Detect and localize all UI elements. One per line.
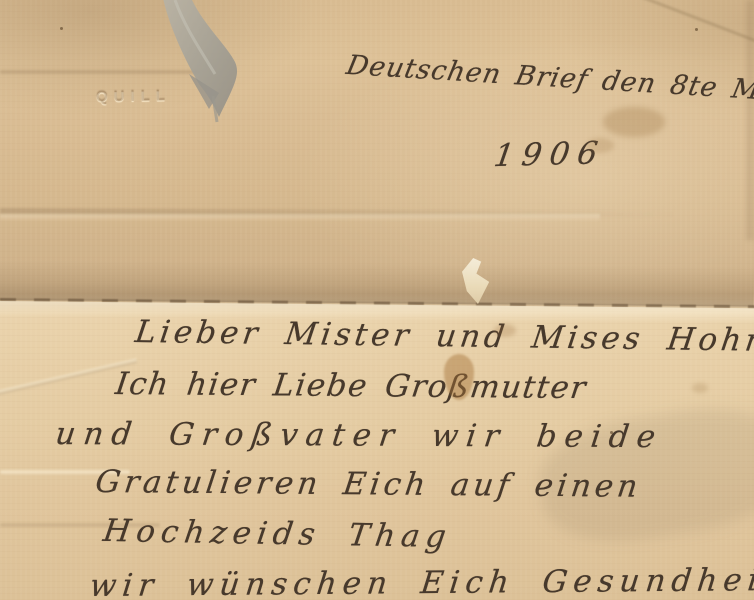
handwritten-dateline: Deutschen Brief den 8te Merz — [344, 50, 754, 109]
ink-speck — [610, 431, 613, 434]
ink-speck — [695, 28, 698, 31]
handwritten-line: und Großvater wir beide — [53, 416, 665, 455]
stain — [603, 107, 665, 137]
stain — [692, 383, 708, 393]
handwritten-line: Gratulieren Eich auf einen — [93, 464, 643, 505]
handwritten-line-cutoff: wir wünschen Eich Gesundheit — [88, 562, 754, 600]
ink-speck — [547, 430, 552, 432]
stain — [586, 138, 614, 153]
handwritten-line: Ich hier Liebe Großmutter — [113, 366, 589, 406]
right-edge-shadow — [746, 0, 754, 240]
quill-embossed-stamp: QUILL — [96, 87, 171, 105]
ink-speck — [60, 27, 63, 30]
handwritten-line-salutation: Lieber Mister und Mises Hohman — [133, 314, 754, 360]
crease-upper-highlight — [0, 214, 600, 222]
handwritten-line: Hochzeids Thag — [101, 513, 454, 555]
crease-top-right — [637, 0, 754, 51]
letter-paper: QUILL Deutschen Brief den 8te Merz 1906 … — [0, 0, 754, 600]
quill-brush-stroke-mark — [153, 0, 265, 134]
stain — [494, 324, 516, 337]
